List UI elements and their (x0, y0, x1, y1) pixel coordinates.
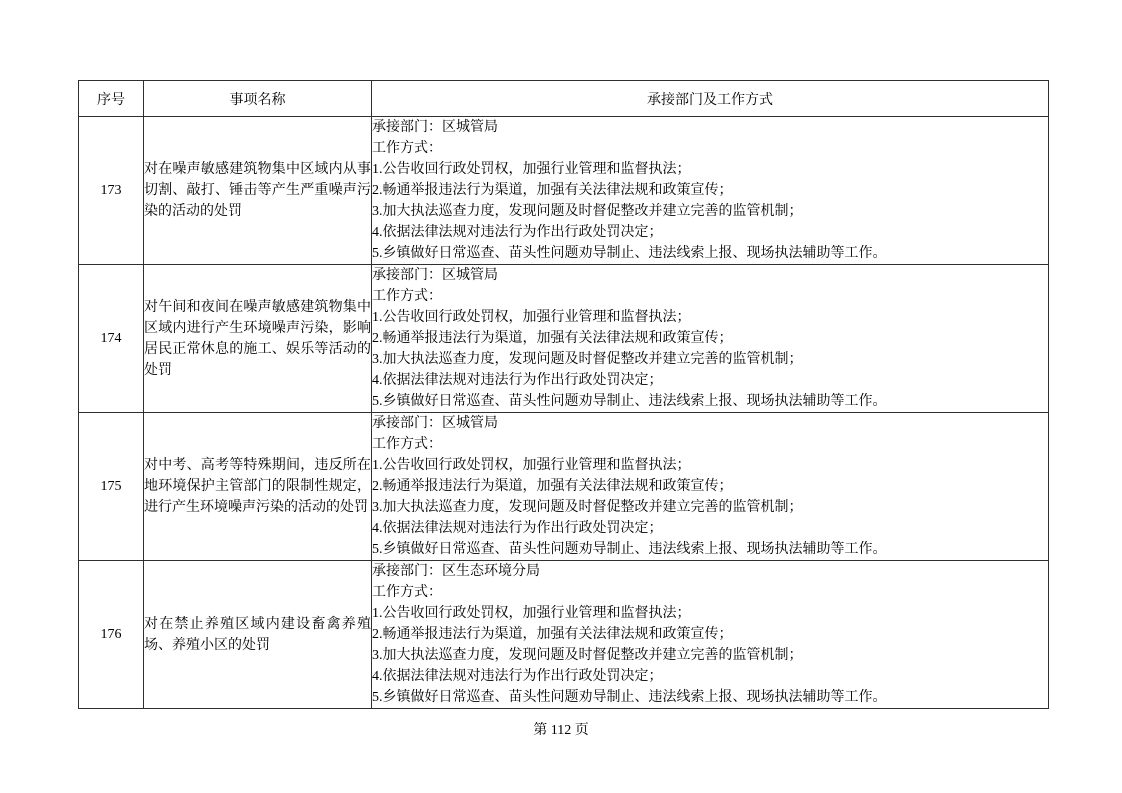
method-label-line: 工作方式： (372, 286, 1048, 307)
table-row: 173 对在噪声敏感建筑物集中区域内从事切割、敲打、锤击等产生严重噪声污染的活动… (79, 117, 1049, 265)
column-header-seq: 序号 (79, 81, 144, 117)
item-name-cell: 对在噪声敏感建筑物集中区域内从事切割、敲打、锤击等产生严重噪声污染的活动的处罚 (144, 117, 372, 265)
column-header-department-method: 承接部门及工作方式 (372, 81, 1049, 117)
method-item-2: 2.畅通举报违法行为渠道，加强有关法律法规和政策宣传； (372, 624, 1048, 645)
document-page: 序号 事项名称 承接部门及工作方式 173 对在噪声敏感建筑物集中区域内从事切割… (0, 0, 1122, 793)
method-item-2: 2.畅通举报违法行为渠道，加强有关法律法规和政策宣传； (372, 328, 1048, 349)
method-item-3: 3.加大执法巡查力度，发现问题及时督促整改并建立完善的监管机制； (372, 497, 1048, 518)
method-item-2: 2.畅通举报违法行为渠道，加强有关法律法规和政策宣传； (372, 476, 1048, 497)
table-row: 174 对午间和夜间在噪声敏感建筑物集中区域内进行产生环境噪声污染，影响居民正常… (79, 265, 1049, 413)
item-name-cell: 对午间和夜间在噪声敏感建筑物集中区域内进行产生环境噪声污染，影响居民正常休息的施… (144, 265, 372, 413)
method-item-5: 5.乡镇做好日常巡查、苗头性问题劝导制止、违法线索上报、现场执法辅助等工作。 (372, 391, 1048, 412)
department-line: 承接部门：区生态环境分局 (372, 561, 1048, 582)
department-line: 承接部门：区城管局 (372, 117, 1048, 138)
method-item-5: 5.乡镇做好日常巡查、苗头性问题劝导制止、违法线索上报、现场执法辅助等工作。 (372, 687, 1048, 708)
department-line: 承接部门：区城管局 (372, 413, 1048, 434)
method-item-1: 1.公告收回行政处罚权，加强行业管理和监督执法； (372, 455, 1048, 476)
method-item-4: 4.依据法律法规对违法行为作出行政处罚决定； (372, 666, 1048, 687)
header-row: 序号 事项名称 承接部门及工作方式 (79, 81, 1049, 117)
detail-cell: 承接部门：区城管局 工作方式： 1.公告收回行政处罚权，加强行业管理和监督执法；… (372, 117, 1049, 265)
method-item-1: 1.公告收回行政处罚权，加强行业管理和监督执法； (372, 603, 1048, 624)
detail-cell: 承接部门：区生态环境分局 工作方式： 1.公告收回行政处罚权，加强行业管理和监督… (372, 561, 1049, 709)
method-item-3: 3.加大执法巡查力度，发现问题及时督促整改并建立完善的监管机制； (372, 201, 1048, 222)
method-item-3: 3.加大执法巡查力度，发现问题及时督促整改并建立完善的监管机制； (372, 645, 1048, 666)
item-name-cell: 对在禁止养殖区域内建设畜禽养殖场、养殖小区的处罚 (144, 561, 372, 709)
department-line: 承接部门：区城管局 (372, 265, 1048, 286)
column-header-item-name: 事项名称 (144, 81, 372, 117)
method-item-5: 5.乡镇做好日常巡查、苗头性问题劝导制止、违法线索上报、现场执法辅助等工作。 (372, 539, 1048, 560)
method-item-1: 1.公告收回行政处罚权，加强行业管理和监督执法； (372, 159, 1048, 180)
seq-cell: 176 (79, 561, 144, 709)
method-label-line: 工作方式： (372, 582, 1048, 603)
matters-table: 序号 事项名称 承接部门及工作方式 173 对在噪声敏感建筑物集中区域内从事切割… (78, 80, 1049, 709)
method-item-1: 1.公告收回行政处罚权，加强行业管理和监督执法； (372, 307, 1048, 328)
method-item-4: 4.依据法律法规对违法行为作出行政处罚决定； (372, 222, 1048, 243)
page-number: 第 112 页 (0, 719, 1122, 739)
seq-cell: 174 (79, 265, 144, 413)
method-item-4: 4.依据法律法规对违法行为作出行政处罚决定； (372, 370, 1048, 391)
detail-cell: 承接部门：区城管局 工作方式： 1.公告收回行政处罚权，加强行业管理和监督执法；… (372, 413, 1049, 561)
method-item-2: 2.畅通举报违法行为渠道，加强有关法律法规和政策宣传； (372, 180, 1048, 201)
method-label-line: 工作方式： (372, 138, 1048, 159)
table-row: 175 对中考、高考等特殊期间，违反所在地环境保护主管部门的限制性规定，进行产生… (79, 413, 1049, 561)
table-row: 176 对在禁止养殖区域内建设畜禽养殖场、养殖小区的处罚 承接部门：区生态环境分… (79, 561, 1049, 709)
table-header: 序号 事项名称 承接部门及工作方式 (79, 81, 1049, 117)
seq-cell: 175 (79, 413, 144, 561)
seq-cell: 173 (79, 117, 144, 265)
detail-cell: 承接部门：区城管局 工作方式： 1.公告收回行政处罚权，加强行业管理和监督执法；… (372, 265, 1049, 413)
method-item-4: 4.依据法律法规对违法行为作出行政处罚决定； (372, 518, 1048, 539)
method-item-3: 3.加大执法巡查力度，发现问题及时督促整改并建立完善的监管机制； (372, 349, 1048, 370)
method-label-line: 工作方式： (372, 434, 1048, 455)
item-name-cell: 对中考、高考等特殊期间，违反所在地环境保护主管部门的限制性规定，进行产生环境噪声… (144, 413, 372, 561)
method-item-5: 5.乡镇做好日常巡查、苗头性问题劝导制止、违法线索上报、现场执法辅助等工作。 (372, 243, 1048, 264)
